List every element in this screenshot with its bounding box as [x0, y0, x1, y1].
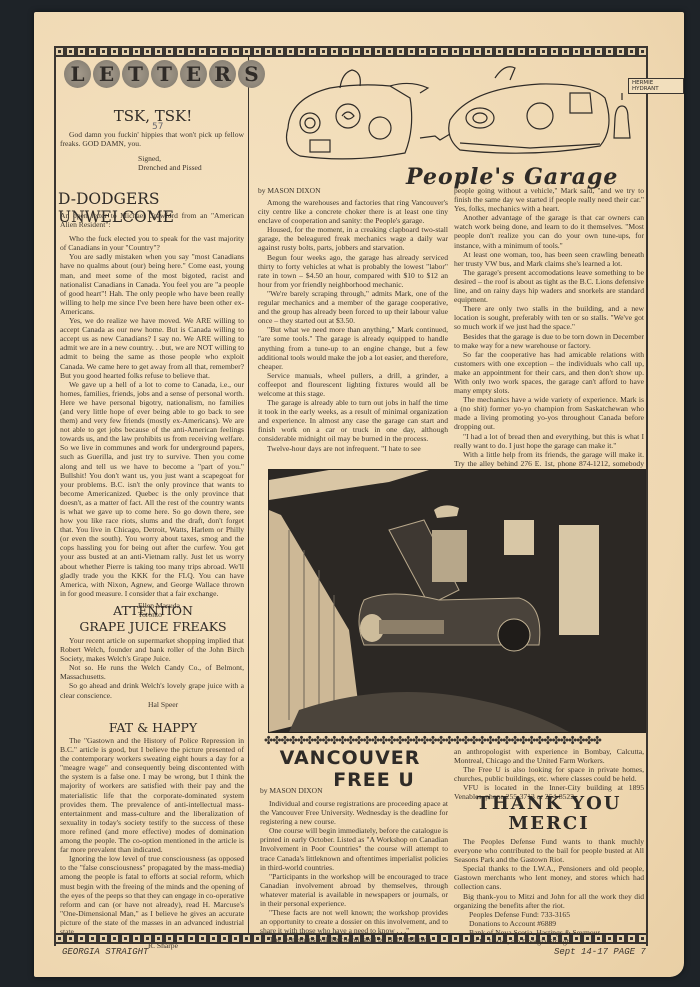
greek-key-border-top: [54, 46, 648, 57]
tsk-letter: God damn you fuckin' hippies that won't …: [60, 130, 244, 172]
garage-photo: [268, 469, 646, 733]
thankyou-headline-2: MERCI: [454, 813, 644, 834]
freeu-headline-2: FREE U: [304, 769, 444, 791]
grape-headline-1: ATTENTION: [60, 603, 246, 618]
hermie-hydrant-label: HERMIE HYDRANT: [628, 78, 684, 94]
thankyou-notice: The Peoples Defense Fund wants to thank …: [454, 837, 644, 946]
freeu-headline-1: VANCOUVER: [260, 747, 440, 769]
banner-letter: T: [151, 60, 178, 88]
thankyou-headline-1: THANK YOU: [454, 793, 644, 814]
freeu-column-1: Individual and course registrations are …: [260, 799, 448, 945]
banner-letter: L: [64, 60, 91, 88]
grape-headline-2: GRAPE JUICE FREAKS: [60, 619, 246, 634]
garage-column-2: people going without a vehicle," Mark sa…: [454, 186, 644, 486]
tsk-headline: TSK, TSK!: [60, 107, 246, 125]
newspaper-page: L E T T E R S 57 TSK, TSK! God damn you …: [34, 12, 684, 977]
issue-date-page-number: Sept 14-17 PAGE 7: [554, 947, 646, 957]
freeu-byline: by MASON DIXON: [260, 786, 323, 795]
banner-letter: R: [209, 60, 236, 88]
banner-letter: S: [238, 60, 265, 88]
column-divider: [248, 57, 249, 933]
grape-letter: Your recent article on supermarket shopp…: [60, 636, 244, 709]
mechanic-photo-image: [269, 470, 645, 732]
banner-letter: E: [180, 60, 207, 88]
banner-letter: T: [122, 60, 149, 88]
publication-name: GEORGIA STRAIGHT: [62, 947, 148, 957]
letters-banner: L E T T E R S: [64, 60, 265, 88]
fat-happy-headline: FAT & HAPPY: [60, 720, 246, 735]
fat-happy-letter: The "Gastown and the History of Police R…: [60, 736, 244, 950]
fleur-border: ✤✤✤✤✤✤✤✤✤✤✤✤✤✤✤✤✤✤✤✤✤✤✤✤✤✤✤✤✤✤✤✤✤✤✤✤✤✤✤✤…: [264, 735, 646, 747]
garage-column-1: Among the warehouses and factories that …: [258, 198, 448, 453]
dodgers-letter: An open letter to Michael Crawford from …: [60, 211, 244, 619]
garage-byline: by MASON DIXON: [258, 186, 321, 195]
cartoon-cars-illustration: [270, 58, 646, 168]
banner-letter: E: [93, 60, 120, 88]
